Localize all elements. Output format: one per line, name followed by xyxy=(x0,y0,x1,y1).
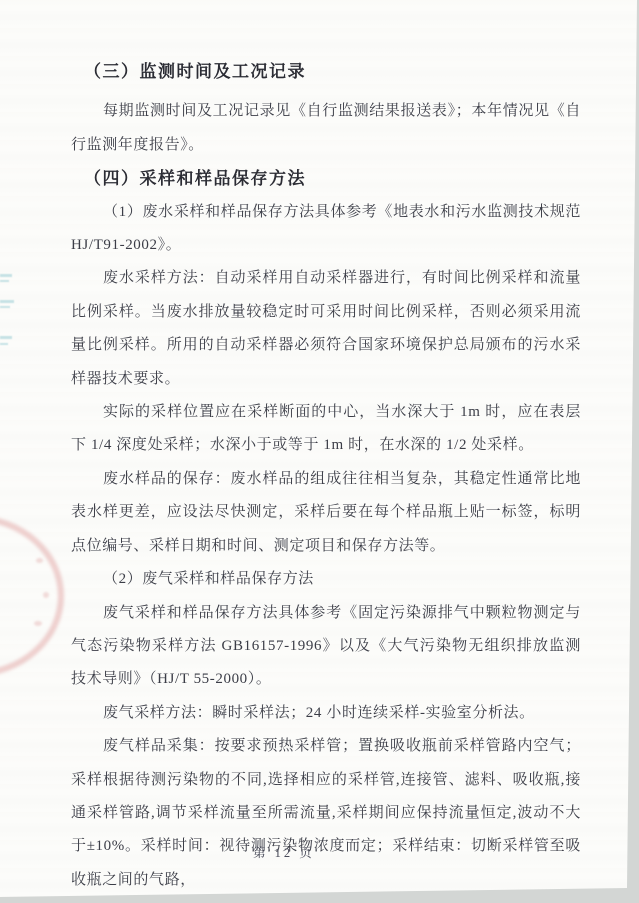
section-heading: （三）监测时间及工况记录 xyxy=(84,55,581,88)
scanner-streak xyxy=(0,306,10,308)
scanner-streak xyxy=(0,336,12,339)
paragraph: （2）废气采样和样品保存方法 xyxy=(71,563,581,596)
paragraph: 实际的采样位置应在采样断面的中心，当水深大于 1m 时，应在表层下 1/4 深度… xyxy=(71,396,581,463)
paragraph: 废气样品采集：按要求预热采样管；置换吸收瓶前采样管路内空气；采样根据待测污染物的… xyxy=(71,730,581,897)
red-seal-speckle xyxy=(43,592,49,598)
scanner-streak xyxy=(0,274,12,277)
page-number: 第 12 页 xyxy=(253,843,315,861)
paragraph: 每期监测时间及工况记录见《自行监测结果报送表》；本年情况见《自行监测年度报告》。 xyxy=(71,95,581,162)
section-heading: （四）采样和样品保存方法 xyxy=(84,162,581,195)
red-seal-speckle xyxy=(34,621,42,626)
scanner-streak xyxy=(0,300,14,303)
paragraph: 废水样品的保存：废水样品的组成往往相当复杂，其稳定性通常比地表水样更差，应设法尽… xyxy=(71,463,581,563)
scanned-document-page: （三）监测时间及工况记录每期监测时间及工况记录见《自行监测结果报送表》；本年情况… xyxy=(0,0,639,903)
paragraph: （1）废水采样和样品保存方法具体参考《地表水和污水监测技术规范 HJ/T91-2… xyxy=(71,196,581,263)
red-seal-stamp-partial xyxy=(0,515,64,677)
paragraph: 废气采样方法：瞬时采样法；24 小时连续采样-实验室分析法。 xyxy=(71,697,581,730)
document-body: （三）监测时间及工况记录每期监测时间及工况记录见《自行监测结果报送表》；本年情况… xyxy=(71,55,581,897)
scanner-streak xyxy=(0,343,8,345)
red-seal-speckle xyxy=(36,558,43,563)
scanner-streak xyxy=(0,280,9,282)
paragraph: 废气采样和样品保存方法具体参考《固定污染源排气中颗粒物测定与气态污染物采样方法 … xyxy=(71,597,581,697)
paragraph: 废水采样方法：自动采样用自动采样器进行，有时间比例采样和流量比例采样。当废水排放… xyxy=(71,262,581,396)
